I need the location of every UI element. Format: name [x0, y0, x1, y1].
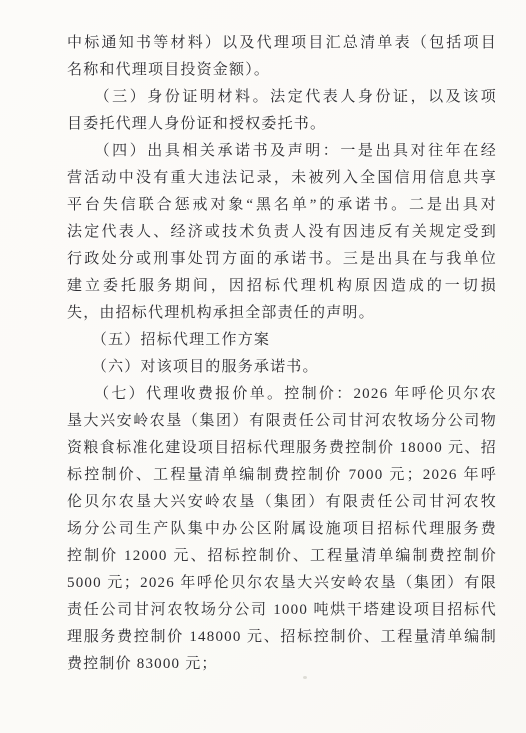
text-line: （五）招标代理工作方案 — [67, 327, 497, 354]
text-line: 标控制价、工程量清单编制费控制价 7000 元；2026 年呼 — [67, 462, 497, 489]
text-line: 费控制价 83000 元； — [67, 651, 497, 678]
text-line: 名称和代理项目投资金额）。 — [67, 57, 497, 84]
text-line: （七）代理收费报价单。控制价：2026 年呼伦贝尔农 — [67, 381, 497, 408]
text-line: 中标通知书等材料）以及代理项目汇总清单表（包括项目 — [67, 30, 497, 57]
text-line: 资粮食标准化建设项目招标代理服务费控制价 18000 元、招 — [67, 435, 497, 462]
scan-speck-artifact — [303, 676, 307, 679]
text-line: 垦大兴安岭农垦（集团）有限责任公司甘河农牧场分公司物 — [67, 408, 497, 435]
text-line: 场分公司生产队集中办公区附属设施项目招标代理服务费 — [67, 516, 497, 543]
text-line: （三）身份证明材料。法定代表人身份证，以及该项 — [67, 84, 497, 111]
document-page: 中标通知书等材料）以及代理项目汇总清单表（包括项目 名称和代理项目投资金额）。 … — [0, 0, 526, 733]
text-line: 行政处分或刑事处罚方面的承诺书。三是出具在与我单位 — [67, 246, 497, 273]
paragraph-item-3: （三）身份证明材料。法定代表人身份证，以及该项 目委托代理人身份证和授权委托书。 — [67, 84, 497, 138]
paragraph-item-7: （七）代理收费报价单。控制价：2026 年呼伦贝尔农 垦大兴安岭农垦（集团）有限… — [67, 381, 497, 678]
text-line: 失，由招标代理机构承担全部责任的声明。 — [67, 300, 497, 327]
text-line: 平台失信联合惩戒对象“黑名单”的承诺书。二是出具对 — [67, 192, 497, 219]
text-line: 目委托代理人身份证和授权委托书。 — [67, 111, 497, 138]
text-line: 控制价 12000 元、招标控制价、工程量清单编制费控制价 — [67, 543, 497, 570]
paragraph-item-6: （六）对该项目的服务承诺书。 — [67, 354, 497, 381]
paragraph-item-4: （四）出具相关承诺书及声明：一是出具对往年在经 营活动中没有重大违法记录，未被列… — [67, 138, 497, 327]
text-line: 营活动中没有重大违法记录，未被列入全国信用信息共享 — [67, 165, 497, 192]
text-line: 责任公司甘河农牧场分公司 1000 吨烘干塔建设项目招标代 — [67, 597, 497, 624]
text-line: 理服务费控制价 148000 元、招标控制价、工程量清单编制 — [67, 624, 497, 651]
text-line: （四）出具相关承诺书及声明：一是出具对往年在经 — [67, 138, 497, 165]
text-line: 5000 元；2026 年呼伦贝尔农垦大兴安岭农垦（集团）有限 — [67, 570, 497, 597]
text-line: 建立委托服务期间，因招标代理机构原因造成的一切损 — [67, 273, 497, 300]
text-line: （六）对该项目的服务承诺书。 — [67, 354, 497, 381]
paragraph-item-5: （五）招标代理工作方案 — [67, 327, 497, 354]
paragraph-continuation: 中标通知书等材料）以及代理项目汇总清单表（包括项目 名称和代理项目投资金额）。 — [67, 30, 497, 84]
text-line: 伦贝尔农垦大兴安岭农垦（集团）有限责任公司甘河农牧 — [67, 489, 497, 516]
text-line: 法定代表人、经济或技术负责人没有因违反有关规定受到 — [67, 219, 497, 246]
